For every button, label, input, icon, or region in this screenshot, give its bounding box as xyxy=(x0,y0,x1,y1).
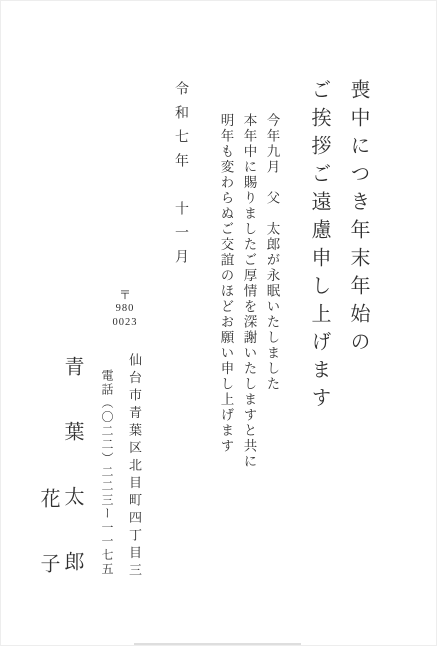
title-line-2: ご挨拶ご遠慮申し上げます xyxy=(309,79,329,415)
bottom-edge-line xyxy=(134,643,301,645)
sender-name-secondary: 花子 xyxy=(38,488,58,618)
body-line-3: 明年も変わらぬご交誼のほどお願い申し上げます xyxy=(219,113,233,454)
mourning-postcard: 喪中につき年末年始の ご挨拶ご遠慮申し上げます 今年九月 父 太郎が永眠いたしま… xyxy=(0,0,437,646)
postal-code-lower: 0023 xyxy=(109,316,141,330)
postal-code-upper: 980 xyxy=(109,302,141,316)
sender-phone: 電話（〇二二）二二三ー一一七五 xyxy=(101,369,113,576)
body-line-2: 本年中に賜りましたご厚情を深謝いたしますと共に xyxy=(242,113,256,470)
postal-code-block: 〒 980 0023 xyxy=(109,289,141,329)
sender-address: 仙台市青葉区北目町四丁目三 xyxy=(128,353,141,581)
postal-mark: 〒 xyxy=(109,289,141,302)
date-line: 令和七年 十一月 xyxy=(173,81,187,273)
sender-name-primary: 青葉太郎 xyxy=(62,356,82,616)
title-line-1: 喪中につき年末年始の xyxy=(348,79,368,359)
body-line-1: 今年九月 父 太郎が永眠いたしました xyxy=(265,113,279,392)
